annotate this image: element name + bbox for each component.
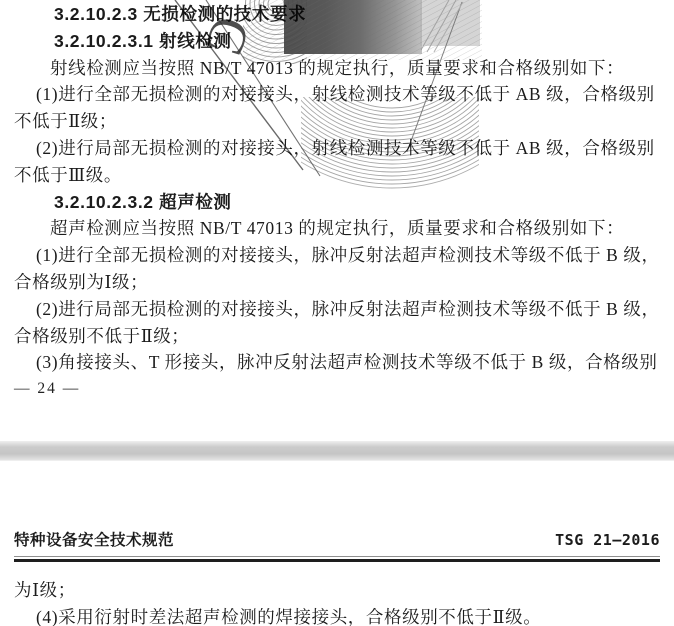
- paragraph-line: 不低于Ⅲ级。: [14, 162, 660, 189]
- page-24: 3.2.10.2.3 无损检测的技术要求 3.2.10.2.3.1 射线检测 射…: [0, 0, 674, 441]
- section-heading-radiographic-testing: 3.2.10.2.3.1 射线检测: [14, 28, 660, 55]
- page-separator: [0, 441, 674, 461]
- header-rule-thick: [14, 559, 660, 562]
- header-rule-thin: [14, 556, 660, 557]
- paragraph-line: (4)采用衍射时差法超声检测的焊接接头，合格级别不低于Ⅱ级。: [14, 604, 660, 626]
- paragraph-line: (1)进行全部无损检测的对接接头，射线检测技术等级不低于 AB 级，合格级别: [14, 81, 660, 108]
- paragraph-line: 射线检测应当按照 NB/T 47013 的规定执行，质量要求和合格级别如下：: [14, 55, 660, 82]
- document-viewer: 3.2.10.2.3 无损检测的技术要求 3.2.10.2.3.1 射线检测 射…: [0, 0, 674, 626]
- section-heading-ndt-requirements: 3.2.10.2.3 无损检测的技术要求: [14, 1, 660, 28]
- paragraph-line: (3)角接接头、T 形接头，脉冲反射法超声检测技术等级不低于 B 级，合格级别: [14, 349, 660, 376]
- running-header-code: TSG 21—2016: [555, 531, 660, 549]
- section-heading-ultrasonic-testing: 3.2.10.2.3.2 超声检测: [14, 189, 660, 216]
- paragraph-line: 不低于Ⅱ级；: [14, 108, 660, 135]
- page-number: — 24 —: [14, 376, 660, 403]
- paragraph-line: (1)进行全部无损检测的对接接头，脉冲反射法超声检测技术等级不低于 B 级，: [14, 242, 660, 269]
- running-header: 特种设备安全技术规范 TSG 21—2016: [14, 528, 660, 550]
- paragraph-line: (2)进行局部无损检测的对接接头，脉冲反射法超声检测技术等级不低于 B 级，: [14, 296, 660, 323]
- paragraph-line: 为Ⅰ级；: [14, 577, 660, 605]
- paragraph-line: (2)进行局部无损检测的对接接头，射线检测技术等级不低于 AB 级，合格级别: [14, 135, 660, 162]
- paragraph-line: 合格级别为Ⅰ级；: [14, 269, 660, 296]
- paragraph-line: 超声检测应当按照 NB/T 47013 的规定执行，质量要求和合格级别如下：: [14, 215, 660, 242]
- running-header-title: 特种设备安全技术规范: [14, 528, 174, 550]
- page-25: 特种设备安全技术规范 TSG 21—2016 为Ⅰ级； (4)采用衍射时差法超声…: [0, 461, 674, 626]
- paragraph-line: 合格级别不低于Ⅱ级；: [14, 323, 660, 350]
